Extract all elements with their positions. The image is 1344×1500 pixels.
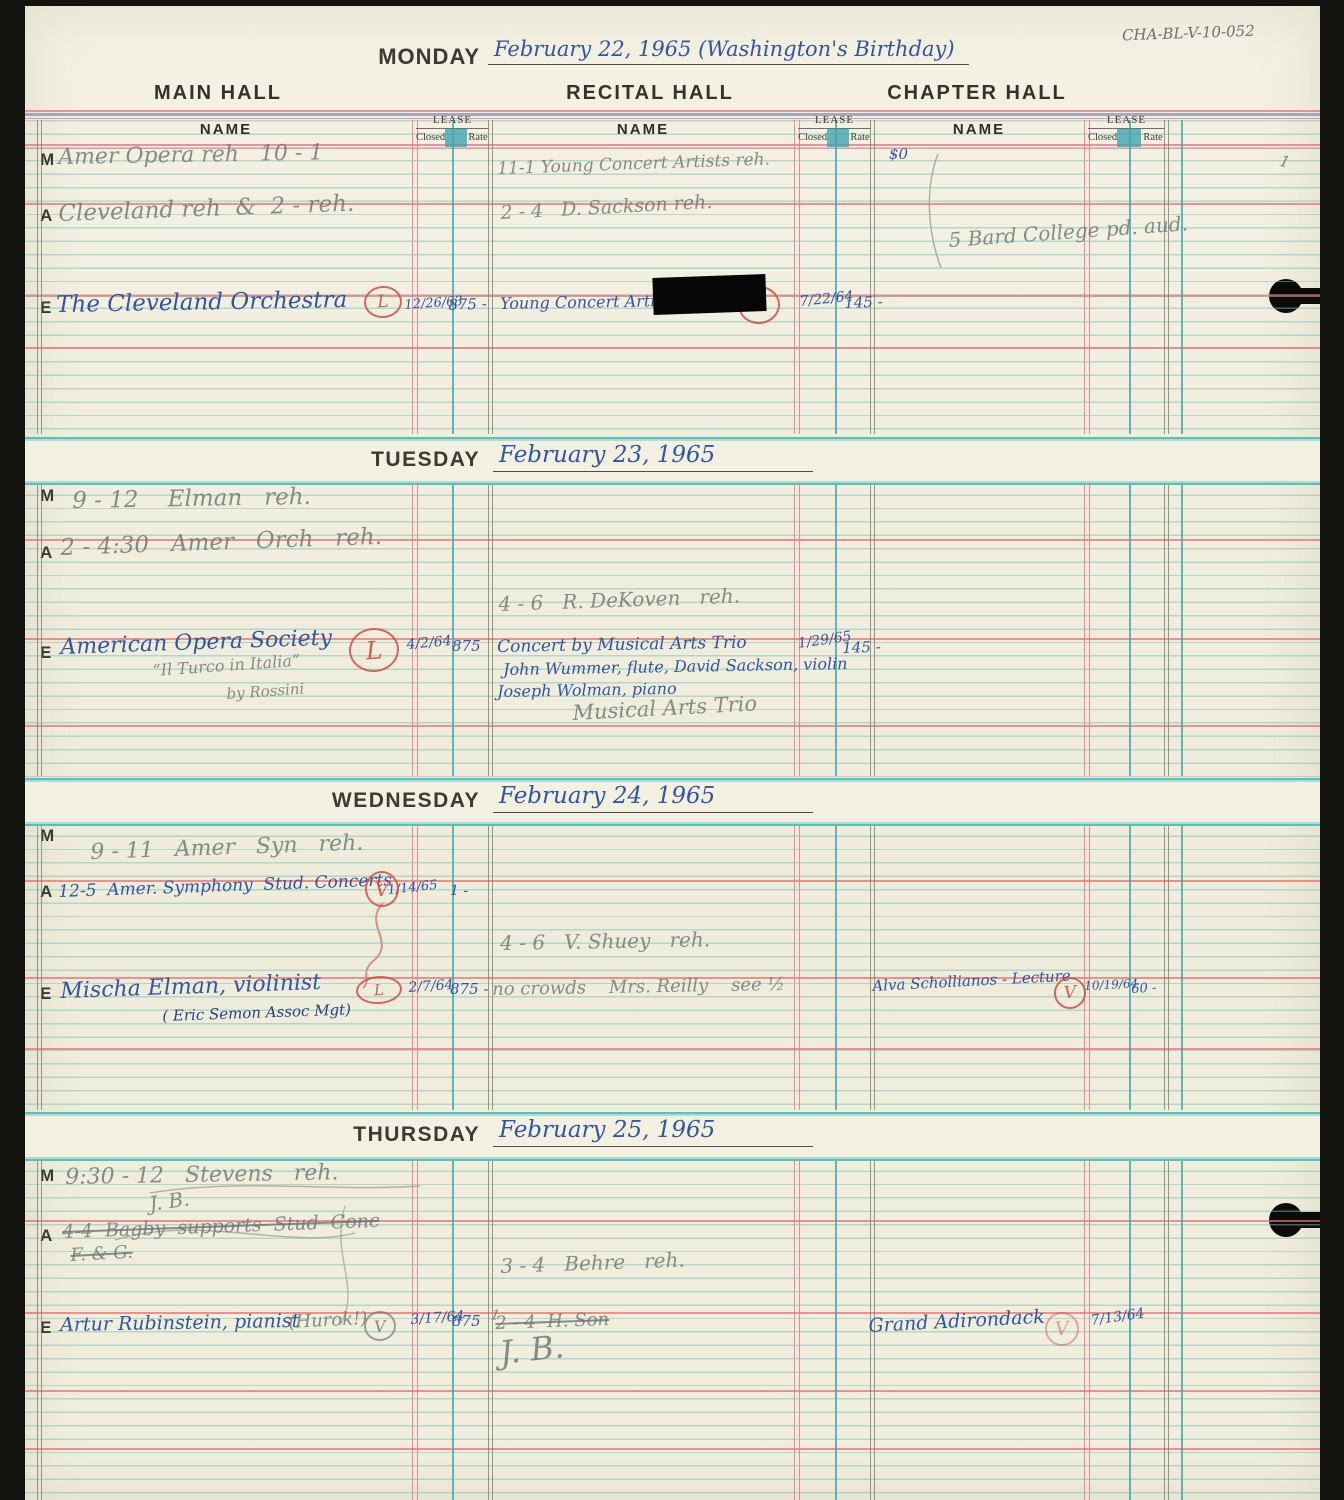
day-title-thursday: THURSDAY bbox=[25, 1123, 480, 1147]
day-title-wednesday: WEDNESDAY bbox=[25, 789, 480, 813]
rate-label: Rate bbox=[1141, 129, 1165, 147]
column-line bbox=[794, 822, 800, 1110]
day-title-tuesday: TUESDAY bbox=[25, 448, 480, 472]
entry-mon-main-e-name: The Cleveland Orchestra bbox=[56, 288, 347, 318]
row-divider-line bbox=[25, 1390, 1320, 1392]
column-line bbox=[488, 120, 493, 434]
entry-mon-recital-e-name: Young Concert Artists bbox=[500, 292, 678, 312]
lease-divider-line bbox=[1117, 129, 1141, 147]
column-line bbox=[870, 120, 875, 434]
entry-thu-main-e-name: Artur Rubinstein, pianist bbox=[60, 1311, 299, 1336]
column-line bbox=[794, 1157, 800, 1500]
row-divider-line bbox=[25, 1048, 1320, 1050]
lease-subcolumns: ClosedRate bbox=[416, 129, 489, 147]
column-line bbox=[794, 481, 800, 776]
lease-subcolumns: ClosedRate bbox=[798, 129, 871, 147]
lease-header: LEASEClosedRate bbox=[798, 113, 871, 147]
entry-thu-main-e-note: (Hurok!) bbox=[288, 1309, 368, 1333]
entry-thu-recital-e-initials: J. B. bbox=[498, 1329, 566, 1370]
entry-wed-chapter-e-lease-rate: 60 - bbox=[1131, 982, 1157, 997]
entry-mon-main-e-lease-rate: 875 - bbox=[448, 296, 487, 314]
scan-margin-left bbox=[0, 0, 25, 1500]
column-line bbox=[1129, 481, 1131, 776]
column-line bbox=[1164, 481, 1169, 776]
lease-divider-line bbox=[827, 129, 849, 147]
column-line bbox=[1181, 1157, 1183, 1500]
entry-tue-recital-e-lease-rate: 145 - bbox=[842, 639, 881, 657]
closed-label: Closed bbox=[798, 129, 827, 147]
column-line bbox=[835, 1157, 837, 1500]
column-line bbox=[37, 822, 42, 1110]
entry-wed-main-e-lease-rate: 875 - bbox=[450, 981, 488, 997]
scan-margin-right bbox=[1320, 0, 1344, 1500]
column-line bbox=[488, 822, 493, 1110]
column-line bbox=[488, 1157, 493, 1500]
ledger-page-scan: MONDAY February 22, 1965 (Washington's B… bbox=[0, 0, 1344, 1500]
column-line bbox=[37, 1157, 42, 1500]
column-line bbox=[412, 822, 418, 1110]
day-band-thursday: THURSDAYFebruary 25, 1965 bbox=[25, 1112, 1320, 1161]
lease-label: LEASE bbox=[416, 113, 489, 129]
column-line bbox=[835, 120, 837, 434]
column-line bbox=[1084, 1157, 1090, 1500]
column-line bbox=[452, 120, 454, 434]
column-line bbox=[835, 822, 837, 1110]
column-line bbox=[452, 822, 454, 1110]
mon-recital-e-redaction bbox=[652, 274, 766, 315]
column-line bbox=[1084, 822, 1090, 1110]
entry-thu-main-e-lease-rate: 875 bbox=[452, 1313, 481, 1329]
day-date-wednesday-handwritten: February 24, 1965 bbox=[493, 783, 813, 813]
ruled-lines bbox=[25, 822, 1320, 1112]
entry-tue-recital-e-name1: Concert by Musical Arts Trio bbox=[497, 634, 747, 657]
day-band-tuesday: TUESDAYFebruary 23, 1965 bbox=[25, 437, 1320, 485]
entry-mon-chapter-m-amount: $0 bbox=[889, 146, 908, 162]
column-header-name: NAME bbox=[200, 121, 252, 138]
hall-title-1: RECITAL HALL bbox=[566, 82, 734, 105]
column-line bbox=[870, 822, 875, 1110]
column-line bbox=[1164, 1157, 1169, 1500]
scan-margin-top bbox=[0, 0, 1344, 6]
column-line bbox=[1129, 1157, 1131, 1500]
row-divider-line bbox=[25, 725, 1320, 727]
column-line bbox=[1129, 120, 1131, 434]
column-line bbox=[835, 481, 837, 776]
column-line bbox=[1164, 120, 1169, 434]
entry-thu-main-m-schedule: 9:30 - 12 Stevens reh. bbox=[65, 1161, 339, 1190]
rate-label: Rate bbox=[467, 129, 489, 147]
column-line bbox=[412, 120, 418, 434]
entry-thu-main-a-scribble2: F. & G. bbox=[70, 1243, 133, 1266]
column-header-name: NAME bbox=[953, 121, 1005, 138]
lease-divider-line bbox=[445, 129, 467, 147]
column-line bbox=[1084, 481, 1090, 776]
lease-label: LEASE bbox=[1088, 113, 1165, 129]
column-line bbox=[870, 481, 875, 776]
day-band-wednesday: WEDNESDAYFebruary 24, 1965 bbox=[25, 778, 1320, 826]
entry-wed-main-e-lease-closed: 2/7/64 bbox=[408, 978, 454, 996]
column-line bbox=[452, 481, 454, 776]
entry-wed-recital-a-schedule: 4 - 6 V. Shuey reh. bbox=[500, 929, 710, 954]
column-line bbox=[1181, 822, 1183, 1110]
lease-header: LEASEClosedRate bbox=[1088, 113, 1165, 147]
column-line bbox=[412, 1157, 418, 1500]
column-line bbox=[37, 120, 42, 434]
column-line bbox=[412, 481, 418, 776]
entry-mon-main-m-schedule: Amer Opera reh 10 - 1 bbox=[58, 141, 324, 169]
column-line bbox=[488, 481, 493, 776]
entry-tue-main-m-schedule: 9 - 12 Elman reh. bbox=[72, 485, 311, 514]
lease-subcolumns: ClosedRate bbox=[1088, 129, 1165, 147]
column-line bbox=[37, 481, 42, 776]
column-line bbox=[1164, 822, 1169, 1110]
day-date-thursday-handwritten: February 25, 1965 bbox=[493, 1117, 813, 1147]
hall-title-2: CHAPTER HALL bbox=[887, 82, 1067, 105]
hall-title-0: MAIN HALL bbox=[154, 82, 282, 105]
column-line bbox=[794, 120, 800, 434]
closed-label: Closed bbox=[1088, 129, 1117, 147]
row-divider-line bbox=[25, 1448, 1320, 1450]
rate-label: Rate bbox=[849, 129, 871, 147]
column-line bbox=[1084, 120, 1090, 434]
closed-label: Closed bbox=[416, 129, 445, 147]
entry-wed-main-a-lease-rate: 1 - bbox=[450, 884, 468, 899]
column-line bbox=[1129, 822, 1131, 1110]
column-line bbox=[1181, 481, 1183, 776]
row-divider-line bbox=[25, 347, 1320, 349]
column-header-name: NAME bbox=[617, 121, 669, 138]
entry-mon-recital-e-lease-rate: 145 - bbox=[844, 294, 883, 312]
column-line bbox=[1181, 120, 1183, 434]
entry-tue-main-e-lease-rate: 875 bbox=[452, 638, 481, 654]
day-date-tuesday-handwritten: February 23, 1965 bbox=[493, 442, 813, 472]
lease-label: LEASE bbox=[798, 113, 871, 129]
lease-header: LEASEClosedRate bbox=[416, 113, 489, 147]
